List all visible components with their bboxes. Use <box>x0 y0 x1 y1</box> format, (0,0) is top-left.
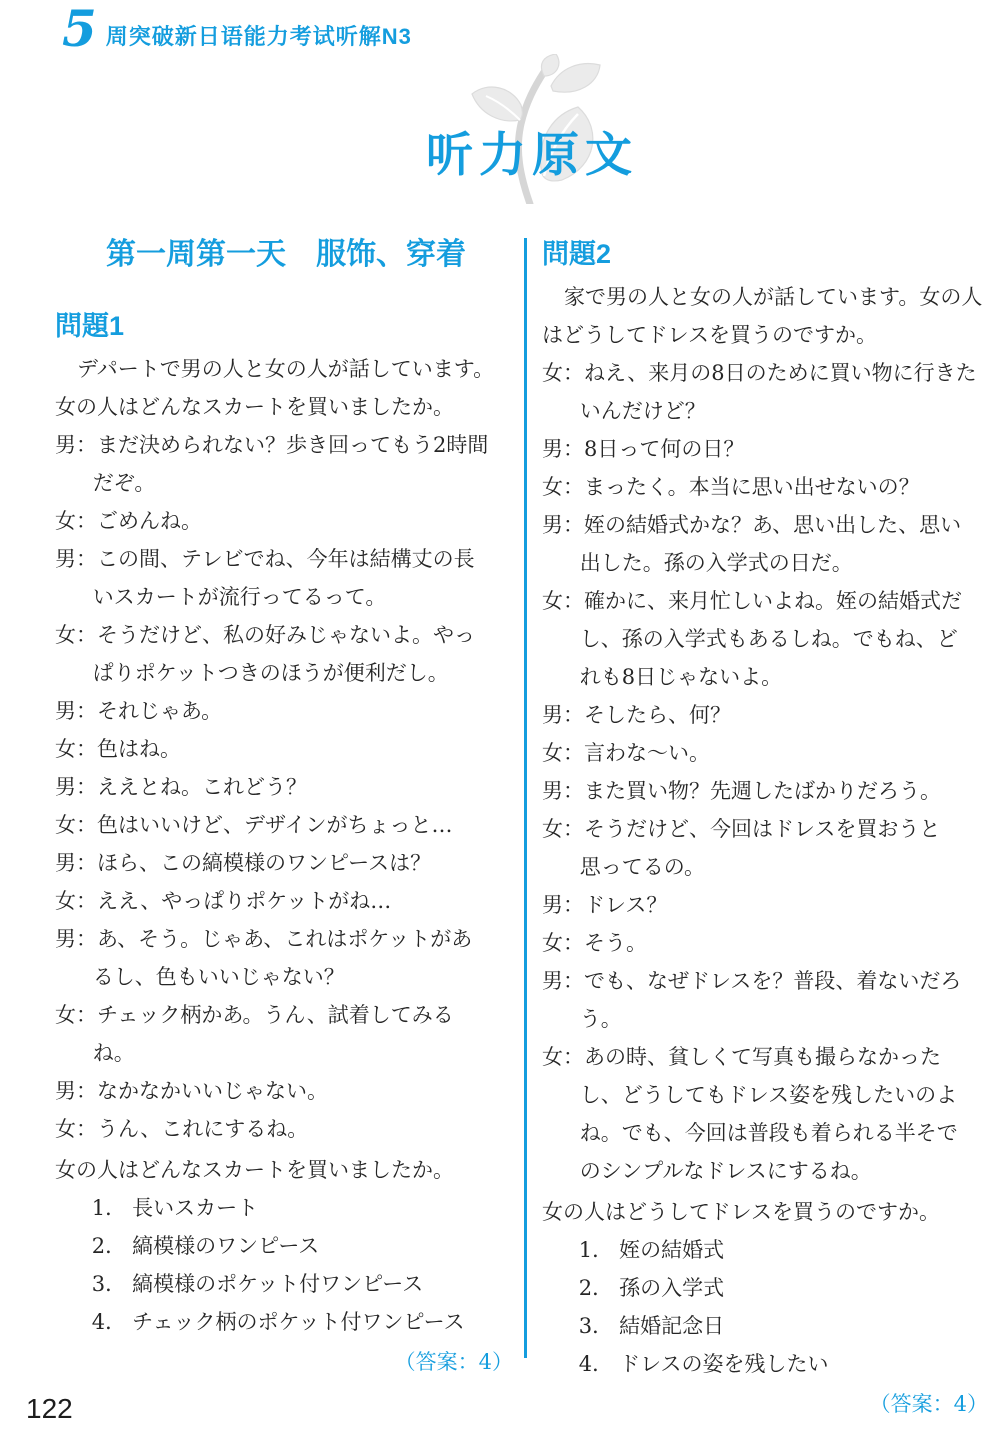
dialogue-line: 男：でも、なぜドレスを？普段、着ないだろ う。 <box>542 962 992 1038</box>
dialogue-line: 男：姪の結婚式かな？あ、思い出した、思い 出した。孫の入学式の日だ。 <box>542 506 992 582</box>
dialogue-line: 男：そしたら、何？ <box>542 696 992 734</box>
option-number: 2． <box>579 1269 613 1307</box>
dialogue-line: 男：また買い物？先週したばかりだろう。 <box>542 772 992 810</box>
option-number: 4． <box>92 1303 126 1341</box>
problem-2-question: 女の人はどうしてドレスを買うのですか。 <box>542 1193 992 1231</box>
problem-2-answer: （答案：4） <box>542 1385 992 1423</box>
option: 4．チェック柄のポケット付ワンピース <box>92 1303 517 1341</box>
option: 1．姪の結婚式 <box>579 1231 992 1269</box>
title-block: 听力原文 <box>0 0 1000 232</box>
dialogue-line: 女：色はいいけど、デザインがちょっと… <box>55 806 517 844</box>
option: 1．長いスカート <box>92 1189 517 1227</box>
dialogue-line: 女：ごめんね。 <box>55 502 517 540</box>
dialogue-line: 男：なかなかいいじゃない。 <box>55 1072 517 1110</box>
option: 2．縞模様のワンピース <box>92 1227 517 1265</box>
dialogue-line: 女：ええ、やっぱりポケットがね… <box>55 882 517 920</box>
page-title: 听力原文 <box>0 120 1000 191</box>
content-columns: 第一周第一天 服饰、穿着 問題1 デパートで男の人と女の人が話しています。 女の… <box>55 236 992 1423</box>
dialogue-line: 男：この間、テレビでね、今年は結構丈の長 いスカートが流行ってるって。 <box>55 540 517 616</box>
problem-2-options: 1．姪の結婚式 2．孫の入学式 3．結婚記念日 4．ドレスの姿を残したい <box>542 1231 992 1383</box>
dialogue-line: 女：確かに、来月忙しいよね。姪の結婚式だ し、孫の入学式もあるしね。でもね、ど … <box>542 582 992 696</box>
option-number: 3． <box>92 1265 126 1303</box>
section-heading: 第一周第一天 服饰、穿着 <box>55 236 517 274</box>
dialogue-line: 男：ドレス？ <box>542 886 992 924</box>
dialogue-line: 女：チェック柄かあ。うん、試着してみる ね。 <box>55 996 517 1072</box>
problem-1-question: 女の人はどんなスカートを買いましたか。 <box>55 1151 517 1189</box>
column-divider <box>524 238 527 1358</box>
dialogue-line: 女：言わな～い。 <box>542 734 992 772</box>
option-number: 3． <box>579 1307 613 1345</box>
option-number: 4． <box>579 1345 613 1383</box>
dialogue-line: 男：あ、そう。じゃあ、これはポケットがあ るし、色もいいじゃない？ <box>55 920 517 996</box>
dialogue-line: 男：ええとね。これどう？ <box>55 768 517 806</box>
option-text: 孫の入学式 <box>619 1276 724 1300</box>
dialogue-line: 男：それじゃあ。 <box>55 692 517 730</box>
page-number: 122 <box>26 1395 73 1423</box>
dialogue-line: 女：ねえ、来月の8日のために買い物に行きた いんだけど？ <box>542 354 992 430</box>
option-number: 1． <box>92 1189 126 1227</box>
right-column: 問題2 家で男の人と女の人が話しています。女の人 はどうしてドレスを買うのですか… <box>542 236 992 1423</box>
dialogue-line: 男：ほら、この縞模様のワンピースは？ <box>55 844 517 882</box>
problem-1-intro: デパートで男の人と女の人が話しています。 女の人はどんなスカートを買いましたか。 <box>55 350 517 426</box>
dialogue-line: 女：そうだけど、私の好みじゃないよ。やっ ぱりポケットつきのほうが便利だし。 <box>55 616 517 692</box>
dialogue-line: 女：まったく。本当に思い出せないの？ <box>542 468 992 506</box>
dialogue-line: 女：そうだけど、今回はドレスを買おうと 思ってるの。 <box>542 810 992 886</box>
problem-1-options: 1．長いスカート 2．縞模様のワンピース 3．縞模様のポケット付ワンピース 4．… <box>55 1189 517 1341</box>
dialogue-line: 女：そう。 <box>542 924 992 962</box>
option-text: 姪の結婚式 <box>619 1238 724 1262</box>
option-text: 縞模様のポケット付ワンピース <box>132 1272 423 1296</box>
option-number: 1． <box>579 1231 613 1269</box>
option-text: 縞模様のワンピース <box>132 1234 319 1258</box>
problem-2-intro: 家で男の人と女の人が話しています。女の人 はどうしてドレスを買うのですか。 <box>542 278 992 354</box>
problem-1-answer: （答案：4） <box>55 1343 517 1381</box>
option: 3．縞模様のポケット付ワンピース <box>92 1265 517 1303</box>
option-number: 2． <box>92 1227 126 1265</box>
dialogue-line: 女：うん、これにするね。 <box>55 1110 517 1148</box>
dialogue-line: 男：8日って何の日？ <box>542 430 992 468</box>
dialogue-line: 女：あの時、貧しくて写真も撮らなかった し、どうしてもドレス姿を残したいのよ ね… <box>542 1038 992 1190</box>
dialogue-line: 男：まだ決められない？歩き回ってもう2時間 だぞ。 <box>55 426 517 502</box>
dialogue-line: 女：色はね。 <box>55 730 517 768</box>
option-text: 長いスカート <box>132 1196 258 1220</box>
left-column: 第一周第一天 服饰、穿着 問題1 デパートで男の人と女の人が話しています。 女の… <box>55 236 517 1381</box>
page: 5 周突破新日语能力考试听解N3 听力原文 第一周第一天 服饰、穿着 問題1 デ… <box>0 0 1000 1437</box>
option: 3．結婚記念日 <box>579 1307 992 1345</box>
problem-1-label: 問題1 <box>55 308 517 344</box>
option: 4．ドレスの姿を残したい <box>579 1345 992 1383</box>
option-text: 結婚記念日 <box>619 1314 724 1338</box>
option-text: チェック柄のポケット付ワンピース <box>132 1310 464 1334</box>
option: 2．孫の入学式 <box>579 1269 992 1307</box>
problem-2-label: 問題2 <box>542 236 992 272</box>
option-text: ドレスの姿を残したい <box>619 1352 828 1376</box>
